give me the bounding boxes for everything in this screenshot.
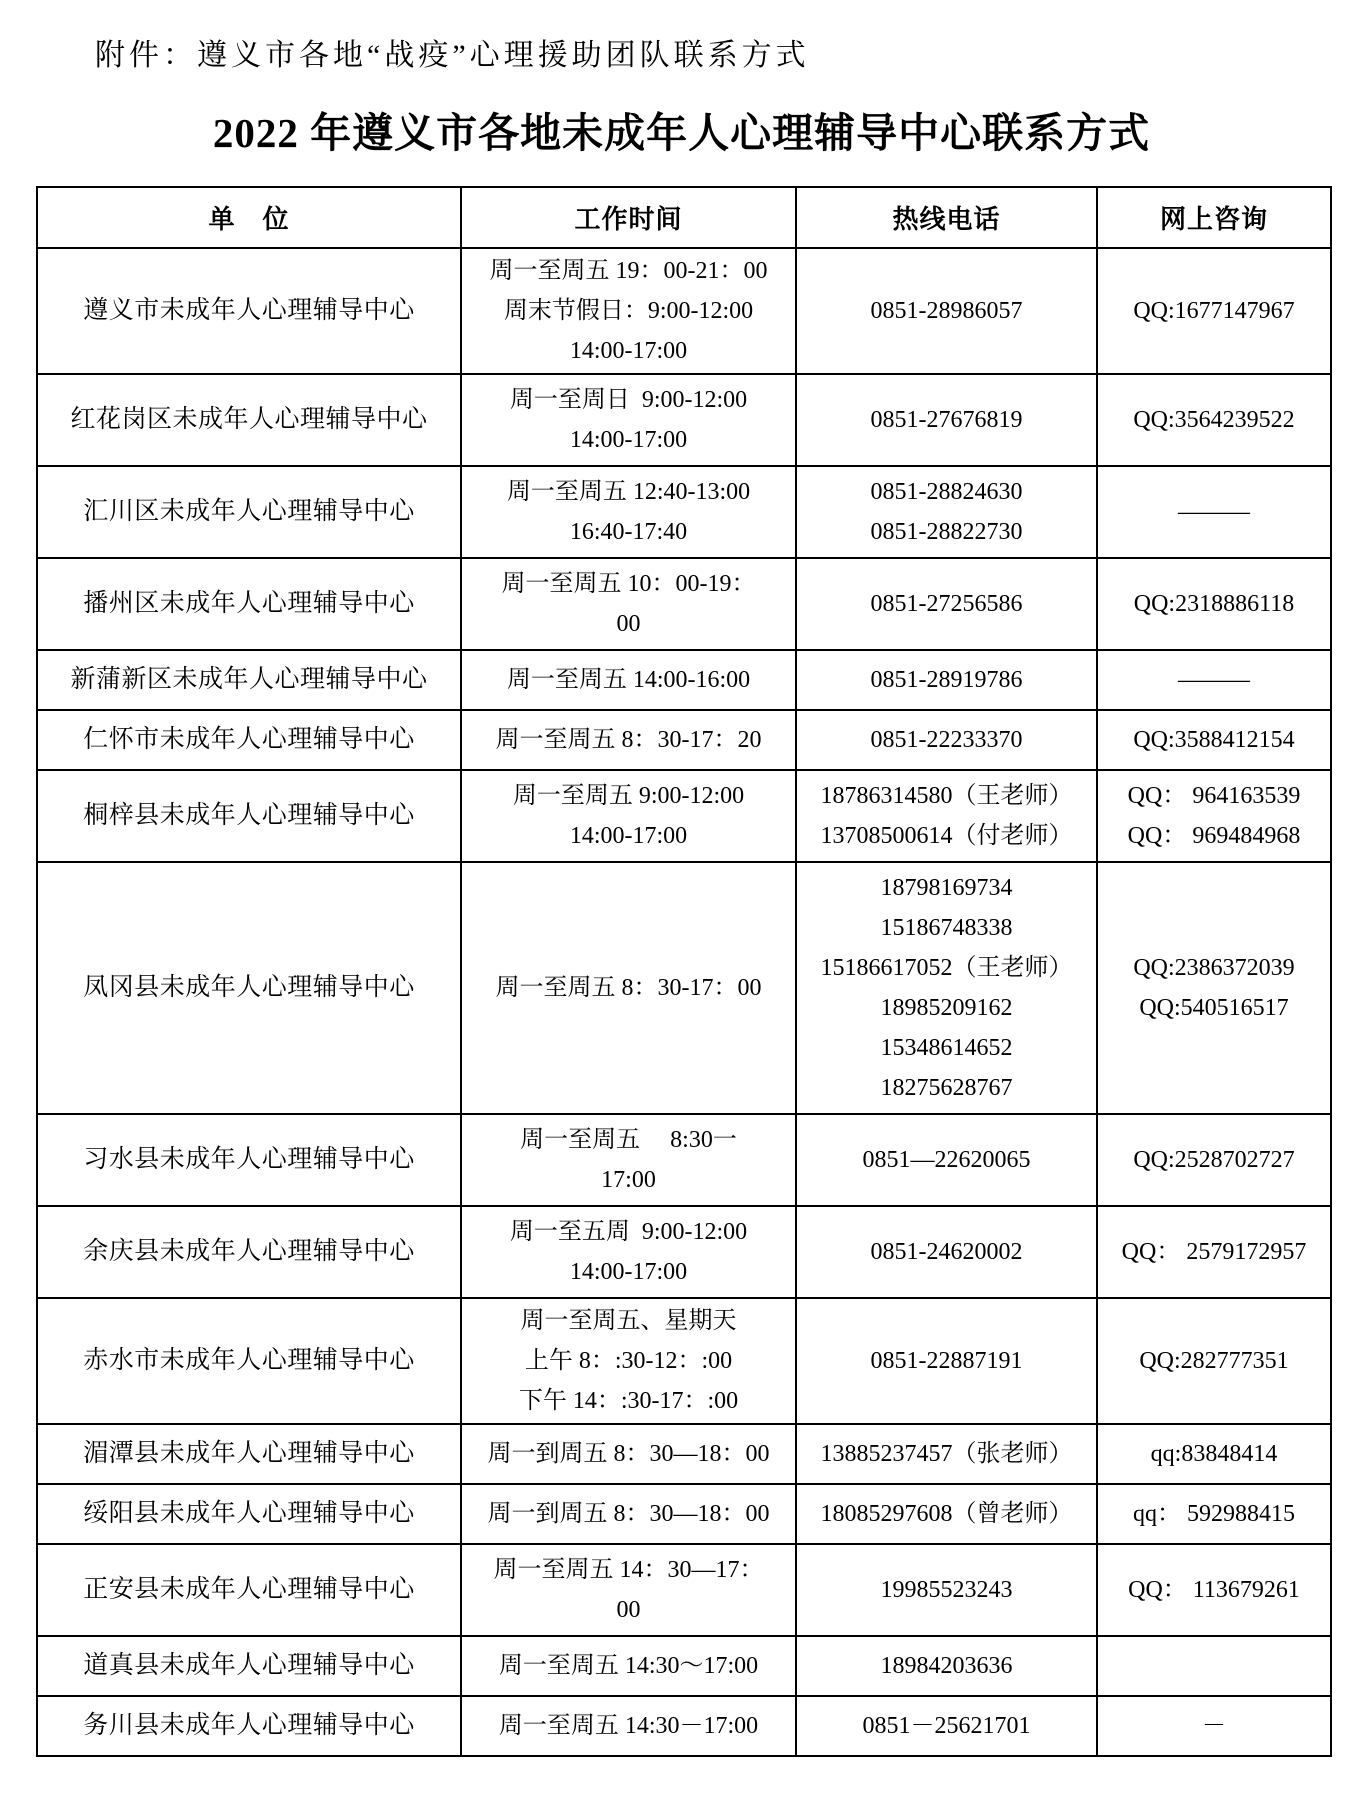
contact-table-header: 单 位 工作时间 热线电话 网上咨询 [37, 187, 1331, 248]
cell-line: 周一至五周 9:00-12:00 [466, 1212, 791, 1252]
header-phone: 热线电话 [796, 187, 1097, 248]
table-row: 余庆县未成年人心理辅导中心周一至五周 9:00-12:0014:00-17:00… [37, 1206, 1331, 1298]
hotline-cell: 0851-288246300851-28822730 [796, 466, 1097, 558]
cell-line: 15348614652 [801, 1028, 1092, 1068]
cell-line: 15186617052（王老师） [801, 948, 1092, 988]
hotline-cell: 0851-27256586 [796, 558, 1097, 650]
cell-line: qq： 592988415 [1102, 1494, 1326, 1534]
table-row: 桐梓县未成年人心理辅导中心周一至周五 9:00-12:0014:00-17:00… [37, 770, 1331, 862]
table-row: 正安县未成年人心理辅导中心周一至周五 14：30—17：001998552324… [37, 1544, 1331, 1636]
cell-line: 14:00-17:00 [466, 816, 791, 856]
cell-line: 18798169734 [801, 868, 1092, 908]
unit-cell: 播州区未成年人心理辅导中心 [37, 558, 461, 650]
online-consult-cell: ——— [1097, 466, 1331, 558]
online-consult-cell: QQ:2318886118 [1097, 558, 1331, 650]
hotline-cell: 18984203636 [796, 1636, 1097, 1696]
hotline-cell: 0851-28919786 [796, 650, 1097, 710]
hotline-cell: 0851-27676819 [796, 374, 1097, 466]
cell-line: ——— [1102, 660, 1326, 700]
online-consult-cell: QQ:3564239522 [1097, 374, 1331, 466]
work-time-cell: 周一到周五 8：30—18：00 [461, 1484, 796, 1544]
hotline-cell: 18786314580（王老师）13708500614（付老师） [796, 770, 1097, 862]
cell-line: 周末节假日：9:00-12:00 [466, 291, 791, 331]
cell-line: 14:00-17:00 [466, 420, 791, 460]
cell-line: 周一至周五 14:30～17:00 [466, 1646, 791, 1686]
cell-line: 周一至周五 8:30一 [466, 1120, 791, 1160]
online-consult-cell: QQ:1677147967 [1097, 248, 1331, 374]
cell-line: 0851-22887191 [801, 1341, 1092, 1381]
cell-line: 习水县未成年人心理辅导中心 [42, 1140, 456, 1180]
unit-cell: 务川县未成年人心理辅导中心 [37, 1696, 461, 1756]
cell-line: － [1102, 1706, 1326, 1746]
hotline-cell: 0851—22620065 [796, 1114, 1097, 1206]
cell-line: ——— [1102, 492, 1326, 532]
unit-cell: 赤水市未成年人心理辅导中心 [37, 1298, 461, 1424]
cell-line: 道真县未成年人心理辅导中心 [42, 1646, 456, 1686]
unit-cell: 汇川区未成年人心理辅导中心 [37, 466, 461, 558]
unit-cell: 正安县未成年人心理辅导中心 [37, 1544, 461, 1636]
cell-line: qq:83848414 [1102, 1434, 1326, 1474]
header-unit: 单 位 [37, 187, 461, 248]
cell-line: QQ:282777351 [1102, 1341, 1326, 1381]
cell-line: QQ： 2579172957 [1102, 1232, 1326, 1272]
unit-cell: 凤冈县未成年人心理辅导中心 [37, 862, 461, 1114]
cell-line: 务川县未成年人心理辅导中心 [42, 1706, 456, 1746]
cell-line: 0851—22620065 [801, 1140, 1092, 1180]
work-time-cell: 周一至周日 9:00-12:0014:00-17:00 [461, 374, 796, 466]
table-row: 道真县未成年人心理辅导中心周一至周五 14:30～17:001898420363… [37, 1636, 1331, 1696]
work-time-cell: 周一至周五 14:30～17:00 [461, 1636, 796, 1696]
cell-line: 凤冈县未成年人心理辅导中心 [42, 968, 456, 1008]
cell-line: 周一至周五 14:30－17:00 [466, 1706, 791, 1746]
cell-line: 周一至周五 14:00-16:00 [466, 660, 791, 700]
header-time: 工作时间 [461, 187, 796, 248]
cell-line: 绥阳县未成年人心理辅导中心 [42, 1494, 456, 1534]
table-row: 仁怀市未成年人心理辅导中心周一至周五 8：30-17：200851-222333… [37, 710, 1331, 770]
online-consult-cell: qq:83848414 [1097, 1424, 1331, 1484]
cell-line: QQ： 113679261 [1102, 1570, 1326, 1610]
cell-line: 0851-28919786 [801, 660, 1092, 700]
cell-line: 16:40-17:40 [466, 512, 791, 552]
hotline-cell: 187981697341518674833815186617052（王老师）18… [796, 862, 1097, 1114]
cell-line: 遵义市未成年人心理辅导中心 [42, 291, 456, 331]
unit-cell: 习水县未成年人心理辅导中心 [37, 1114, 461, 1206]
cell-line: 周一至周五 12:40-13:00 [466, 472, 791, 512]
work-time-cell: 周一至五周 9:00-12:0014:00-17:00 [461, 1206, 796, 1298]
cell-line: QQ： 964163539 [1102, 776, 1326, 816]
unit-cell: 道真县未成年人心理辅导中心 [37, 1636, 461, 1696]
online-consult-cell: qq： 592988415 [1097, 1484, 1331, 1544]
cell-line: 下午 14：:30-17：:00 [466, 1381, 791, 1421]
attachment-note: 附件：遵义市各地“战疫”心理援助团队联系方式 [95, 30, 1363, 74]
cell-line: 19985523243 [801, 1570, 1092, 1610]
hotline-cell: 0851-22887191 [796, 1298, 1097, 1424]
cell-line: 00 [466, 604, 791, 644]
table-row: 湄潭县未成年人心理辅导中心周一到周五 8：30—18：0013885237457… [37, 1424, 1331, 1484]
work-time-cell: 周一至周五 14：30—17：00 [461, 1544, 796, 1636]
cell-line: 0851-24620002 [801, 1232, 1092, 1272]
work-time-cell: 周一至周五 14:00-16:00 [461, 650, 796, 710]
table-row: 新蒲新区未成年人心理辅导中心周一至周五 14:00-16:000851-2891… [37, 650, 1331, 710]
table-row: 习水县未成年人心理辅导中心周一至周五 8:30一17:000851—226200… [37, 1114, 1331, 1206]
page-title: 2022 年遵义市各地未成年人心理辅导中心联系方式 [0, 100, 1363, 159]
cell-line: QQ： 969484968 [1102, 816, 1326, 856]
contact-table-body: 遵义市未成年人心理辅导中心周一至周五 19：00-21：00周末节假日：9:00… [37, 248, 1331, 1756]
cell-line: 00 [466, 1590, 791, 1630]
work-time-cell: 周一至周五 8:30一17:00 [461, 1114, 796, 1206]
unit-cell: 仁怀市未成年人心理辅导中心 [37, 710, 461, 770]
cell-line: QQ:3564239522 [1102, 400, 1326, 440]
table-row: 播州区未成年人心理辅导中心周一至周五 10：00-19：000851-27256… [37, 558, 1331, 650]
cell-line: 桐梓县未成年人心理辅导中心 [42, 796, 456, 836]
unit-cell: 余庆县未成年人心理辅导中心 [37, 1206, 461, 1298]
cell-line: 17:00 [466, 1160, 791, 1200]
cell-line: 仁怀市未成年人心理辅导中心 [42, 720, 456, 760]
online-consult-cell: ——— [1097, 650, 1331, 710]
unit-cell: 新蒲新区未成年人心理辅导中心 [37, 650, 461, 710]
online-consult-cell [1097, 1636, 1331, 1696]
table-row: 凤冈县未成年人心理辅导中心周一至周五 8：30-17：0018798169734… [37, 862, 1331, 1114]
unit-cell: 湄潭县未成年人心理辅导中心 [37, 1424, 461, 1484]
cell-line: 0851-28822730 [801, 512, 1092, 552]
cell-line: 18984203636 [801, 1646, 1092, 1686]
cell-line: 18985209162 [801, 988, 1092, 1028]
work-time-cell: 周一至周五 8：30-17：20 [461, 710, 796, 770]
work-time-cell: 周一至周五 9:00-12:0014:00-17:00 [461, 770, 796, 862]
work-time-cell: 周一至周五 19：00-21：00周末节假日：9:00-12:0014:00-1… [461, 248, 796, 374]
table-row: 务川县未成年人心理辅导中心周一至周五 14:30－17:000851－25621… [37, 1696, 1331, 1756]
work-time-cell: 周一至周五 8：30-17：00 [461, 862, 796, 1114]
cell-line: 18275628767 [801, 1068, 1092, 1108]
cell-line: 新蒲新区未成年人心理辅导中心 [42, 660, 456, 700]
cell-line: 13885237457（张老师） [801, 1434, 1092, 1474]
cell-line: QQ:540516517 [1102, 988, 1326, 1028]
cell-line: 0851-22233370 [801, 720, 1092, 760]
cell-line: 赤水市未成年人心理辅导中心 [42, 1341, 456, 1381]
table-row: 绥阳县未成年人心理辅导中心周一到周五 8：30—18：0018085297608… [37, 1484, 1331, 1544]
cell-line: 18085297608（曾老师） [801, 1494, 1092, 1534]
work-time-cell: 周一到周五 8：30—18：00 [461, 1424, 796, 1484]
online-consult-cell: QQ： 2579172957 [1097, 1206, 1331, 1298]
cell-line: QQ:2528702727 [1102, 1140, 1326, 1180]
cell-line: 余庆县未成年人心理辅导中心 [42, 1232, 456, 1272]
unit-cell: 绥阳县未成年人心理辅导中心 [37, 1484, 461, 1544]
cell-line: 18786314580（王老师） [801, 776, 1092, 816]
cell-line: 周一至周五 8：30-17：00 [466, 968, 791, 1008]
cell-line: 播州区未成年人心理辅导中心 [42, 584, 456, 624]
unit-cell: 红花岗区未成年人心理辅导中心 [37, 374, 461, 466]
hotline-cell: 0851-24620002 [796, 1206, 1097, 1298]
cell-line: 周一到周五 8：30—18：00 [466, 1434, 791, 1474]
hotline-cell: 0851-28986057 [796, 248, 1097, 374]
table-row: 赤水市未成年人心理辅导中心周一至周五、星期天上午 8：:30-12：:00下午 … [37, 1298, 1331, 1424]
contact-table: 单 位 工作时间 热线电话 网上咨询 遵义市未成年人心理辅导中心周一至周五 19… [36, 186, 1332, 1757]
work-time-cell: 周一至周五 12:40-13:0016:40-17:40 [461, 466, 796, 558]
cell-line: 红花岗区未成年人心理辅导中心 [42, 400, 456, 440]
cell-line: 周一至周五 8：30-17：20 [466, 720, 791, 760]
cell-line: 0851-28986057 [801, 291, 1092, 331]
work-time-cell: 周一至周五 14:30－17:00 [461, 1696, 796, 1756]
cell-line: 周一至周五、星期天 [466, 1301, 791, 1341]
cell-line: 正安县未成年人心理辅导中心 [42, 1570, 456, 1610]
cell-line: 周一至周五 19：00-21：00 [466, 251, 791, 291]
online-consult-cell: QQ:282777351 [1097, 1298, 1331, 1424]
cell-line: 0851-28824630 [801, 472, 1092, 512]
header-row: 单 位 工作时间 热线电话 网上咨询 [37, 187, 1331, 248]
cell-line: 周一至周日 9:00-12:00 [466, 380, 791, 420]
cell-line: QQ:3588412154 [1102, 720, 1326, 760]
unit-cell: 桐梓县未成年人心理辅导中心 [37, 770, 461, 862]
cell-line: 0851-27256586 [801, 584, 1092, 624]
document-page: 附件：遵义市各地“战疫”心理援助团队联系方式 2022 年遵义市各地未成年人心理… [0, 30, 1363, 1757]
hotline-cell: 0851－25621701 [796, 1696, 1097, 1756]
cell-line: 0851－25621701 [801, 1706, 1092, 1746]
cell-line: 周一到周五 8：30—18：00 [466, 1494, 791, 1534]
cell-line: QQ:2318886118 [1102, 584, 1326, 624]
cell-line: 15186748338 [801, 908, 1092, 948]
header-online: 网上咨询 [1097, 187, 1331, 248]
cell-line: 周一至周五 9:00-12:00 [466, 776, 791, 816]
cell-line: 13708500614（付老师） [801, 816, 1092, 856]
hotline-cell: 0851-22233370 [796, 710, 1097, 770]
table-row: 遵义市未成年人心理辅导中心周一至周五 19：00-21：00周末节假日：9:00… [37, 248, 1331, 374]
cell-line: 汇川区未成年人心理辅导中心 [42, 492, 456, 532]
cell-line: 周一至周五 14：30—17： [466, 1550, 791, 1590]
cell-line: QQ:2386372039 [1102, 948, 1326, 988]
hotline-cell: 18085297608（曾老师） [796, 1484, 1097, 1544]
unit-cell: 遵义市未成年人心理辅导中心 [37, 248, 461, 374]
online-consult-cell: QQ:2528702727 [1097, 1114, 1331, 1206]
work-time-cell: 周一至周五 10：00-19：00 [461, 558, 796, 650]
online-consult-cell: QQ:3588412154 [1097, 710, 1331, 770]
cell-line: 14:00-17:00 [466, 1252, 791, 1292]
hotline-cell: 19985523243 [796, 1544, 1097, 1636]
table-row: 汇川区未成年人心理辅导中心周一至周五 12:40-13:0016:40-17:4… [37, 466, 1331, 558]
cell-line: 周一至周五 10：00-19： [466, 564, 791, 604]
online-consult-cell: － [1097, 1696, 1331, 1756]
cell-line: QQ:1677147967 [1102, 291, 1326, 331]
cell-line: 0851-27676819 [801, 400, 1092, 440]
online-consult-cell: QQ： 964163539QQ： 969484968 [1097, 770, 1331, 862]
hotline-cell: 13885237457（张老师） [796, 1424, 1097, 1484]
online-consult-cell: QQ:2386372039QQ:540516517 [1097, 862, 1331, 1114]
cell-line: 湄潭县未成年人心理辅导中心 [42, 1434, 456, 1474]
cell-line: 上午 8：:30-12：:00 [466, 1341, 791, 1381]
table-row: 红花岗区未成年人心理辅导中心周一至周日 9:00-12:0014:00-17:0… [37, 374, 1331, 466]
work-time-cell: 周一至周五、星期天上午 8：:30-12：:00下午 14：:30-17：:00 [461, 1298, 796, 1424]
cell-line: 14:00-17:00 [466, 331, 791, 371]
online-consult-cell: QQ： 113679261 [1097, 1544, 1331, 1636]
